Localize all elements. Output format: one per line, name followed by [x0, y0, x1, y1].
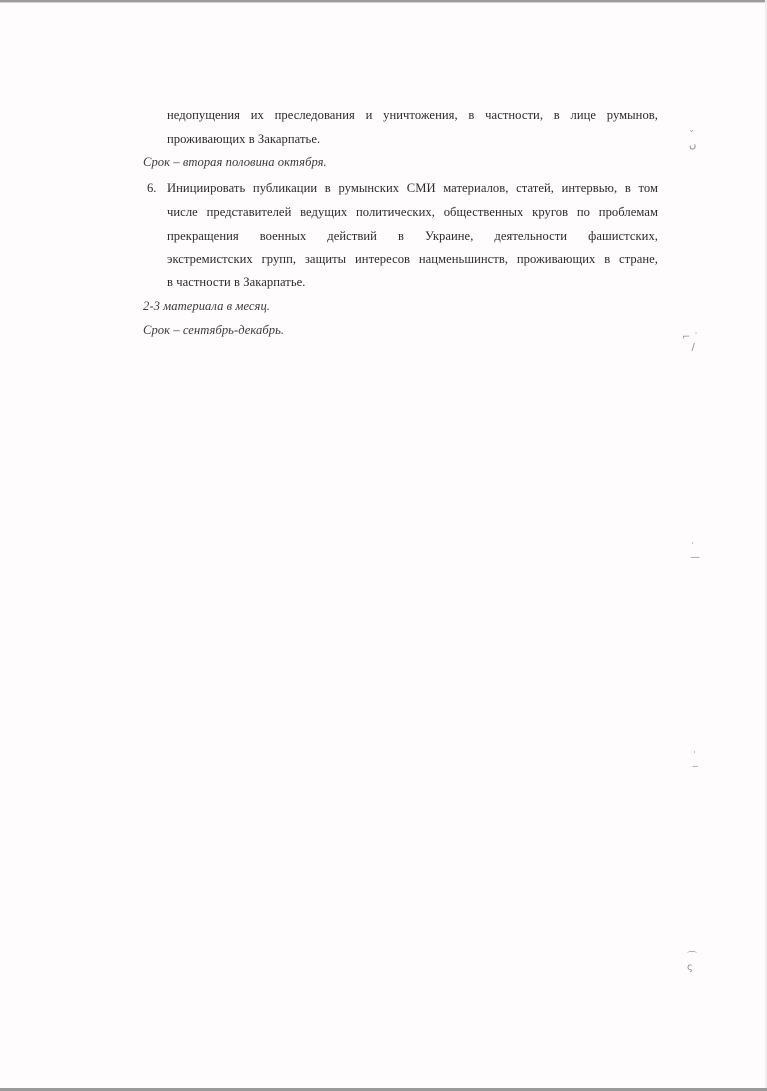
- continuation-line-2: проживающих в Закарпатье.: [167, 131, 320, 147]
- binder-hole-mark-icon: ⌐ ˙ /: [682, 333, 699, 353]
- item6-line-5: в частности в Закарпатье.: [167, 274, 306, 290]
- item6-line-1: Инициировать публикации в румынских СМИ …: [167, 180, 658, 196]
- binder-hole-mark-icon: ˙—: [690, 543, 700, 563]
- binder-hole-mark-icon: ⌒ς: [687, 953, 697, 973]
- deadline-sept-dec: Срок – сентябрь-декабрь.: [143, 322, 284, 338]
- frequency-note: 2-3 материала в месяц.: [143, 298, 270, 314]
- item6-line-2: числе представителей ведущих политически…: [167, 204, 658, 220]
- continuation-line-1: недопущения их преследования и уничтожен…: [167, 107, 658, 123]
- item6-line-4: экстремистских групп, защиты интересов н…: [167, 251, 658, 267]
- binder-hole-mark-icon: ˙‒: [692, 752, 698, 772]
- deadline-october: Срок – вторая половина октября.: [143, 154, 327, 170]
- document-page: недопущения их преследования и уничтожен…: [0, 0, 767, 1091]
- binder-hole-mark-icon: ˇں: [689, 131, 696, 151]
- item6-line-3: прекращения военных действий в Украине, …: [167, 228, 658, 244]
- list-item-number: 6.: [147, 180, 156, 196]
